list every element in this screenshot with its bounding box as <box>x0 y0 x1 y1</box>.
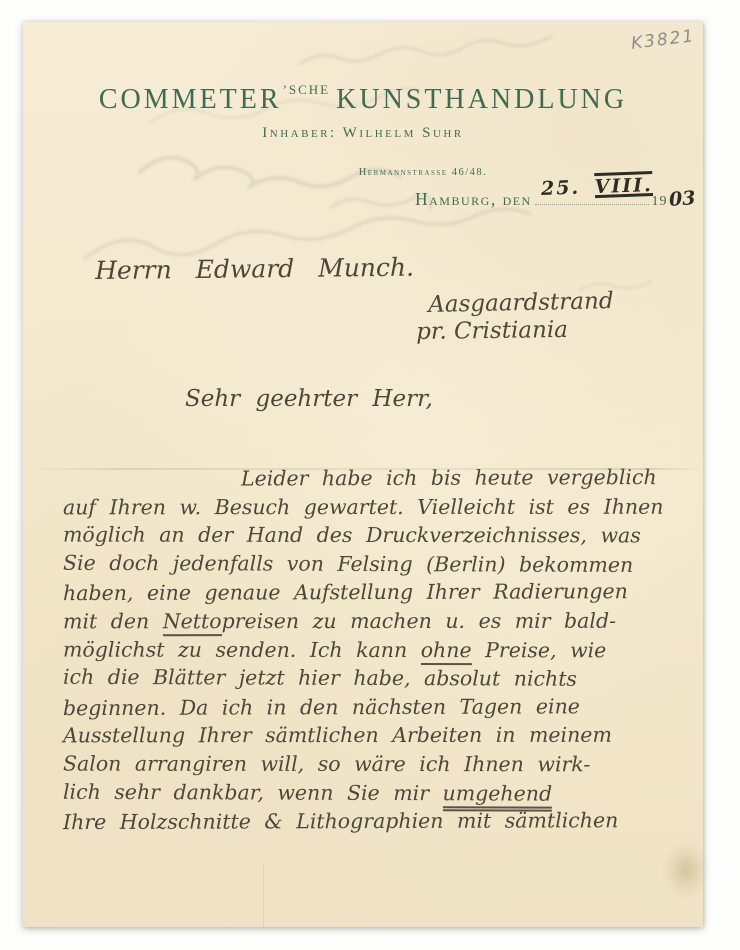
date-line: Hamburg, den 25. VIII. 19 03 <box>415 184 695 210</box>
scan-background: { "scan": { "background_color": "#fdfdfc… <box>0 0 740 950</box>
letter-line: beginnen. Da ich in den nächsten Tagen e… <box>63 692 705 723</box>
letter-text: Ausstellung Ihrer sämtlichen Arbeiten in… <box>63 723 612 748</box>
letter-text: auf Ihren w. Besuch gewartet. Vielleicht… <box>63 494 663 519</box>
recipient-place: Aasgaardstrand <box>428 288 614 318</box>
letter-text: mit den <box>63 609 163 633</box>
letterhead-street: Hermannstrasse 46/48. <box>273 167 573 178</box>
letter-line: Salon arrangiren will, so wäre ich Ihnen… <box>63 749 705 778</box>
letter-body: Leider habe ich bis heute vergeblichauf … <box>63 464 705 836</box>
letterhead-proprietor: Inhaber: Wilhelm Suhr <box>23 125 703 142</box>
letter-line: möglich an der Hand des Druckverzeichnis… <box>63 521 705 550</box>
letter-text: möglich an der Hand des Druckverzeichnis… <box>63 523 641 548</box>
company-name-part2: KUNSTHANDLUNG <box>336 84 627 115</box>
fold-crease <box>23 468 703 470</box>
letter-text: haben, eine genaue Aufstellung Ihrer Rad… <box>63 580 628 606</box>
letter-line: mit den Nettopreisen zu machen u. es mir… <box>63 607 705 636</box>
letter-text: preisen zu machen u. es mir bald- <box>222 609 616 633</box>
handwritten-year-suffix: 03 <box>668 187 696 211</box>
city-date-label: Hamburg, den <box>415 189 532 210</box>
recipient-region: pr. Cristiania <box>416 317 568 345</box>
stain <box>663 841 709 899</box>
letter-line: lich sehr dankbar, wenn Sie mir umgehend <box>63 777 705 808</box>
letter-text: Ihre Holzschnitte & Lithographien mit sä… <box>63 808 618 834</box>
letter-line: Sie doch jedenfalls von Felsing (Berlin)… <box>63 549 705 580</box>
letter-text: möglichst zu senden. Ich kann <box>63 637 421 661</box>
letter-line: auf Ihren w. Besuch gewartet. Vielleicht… <box>63 492 705 521</box>
date-month-roman: VIII. <box>594 174 653 198</box>
printed-year-prefix: 19 <box>652 194 668 210</box>
handwritten-date: 25. VIII. <box>540 174 652 200</box>
paper-sheet: K3821 COMMETER’SCHEKUNSTHANDLUNG Inhaber… <box>23 22 703 927</box>
company-name-part1: COMMETER <box>99 84 282 115</box>
letter-text: Preise, wie <box>472 638 607 662</box>
letter-line: ich die Blätter jetzt hier habe, absolut… <box>63 663 705 694</box>
letter-line: Ausstellung Ihrer sämtlichen Arbeiten in… <box>63 721 705 750</box>
letter-line: haben, eine genaue Aufstellung Ihrer Rad… <box>63 577 705 608</box>
underlined-word: Netto <box>163 609 222 636</box>
letter-text: ich die Blätter jetzt hier habe, absolut… <box>63 665 577 691</box>
fold-crease-small <box>263 864 264 927</box>
letterhead-company-name: COMMETER’SCHEKUNSTHANDLUNG <box>23 82 703 116</box>
letter-text: Sie doch jedenfalls von Felsing (Berlin)… <box>63 551 633 577</box>
underlined-word: ohne <box>421 638 472 665</box>
date-day: 25. <box>540 177 580 200</box>
company-name-suffix: ’SCHE <box>283 82 331 97</box>
pencil-annotation: K3821 <box>630 26 696 54</box>
letter-text: lich sehr dankbar, wenn Sie mir <box>63 779 443 804</box>
letter-line: möglichst zu senden. Ich kann ohne Preis… <box>63 635 705 664</box>
recipient-name: Herrn Edward Munch. <box>95 253 414 285</box>
date-dotted-line: 25. VIII. <box>535 184 649 205</box>
salutation: Sehr geehrter Herr, <box>185 386 433 412</box>
letter-text: Salon arrangiren will, so wäre ich Ihnen… <box>63 751 590 776</box>
letter-line: Ihre Holzschnitte & Lithographien mit sä… <box>63 806 705 837</box>
letter-text: beginnen. Da ich in den nächsten Tagen e… <box>63 694 580 720</box>
